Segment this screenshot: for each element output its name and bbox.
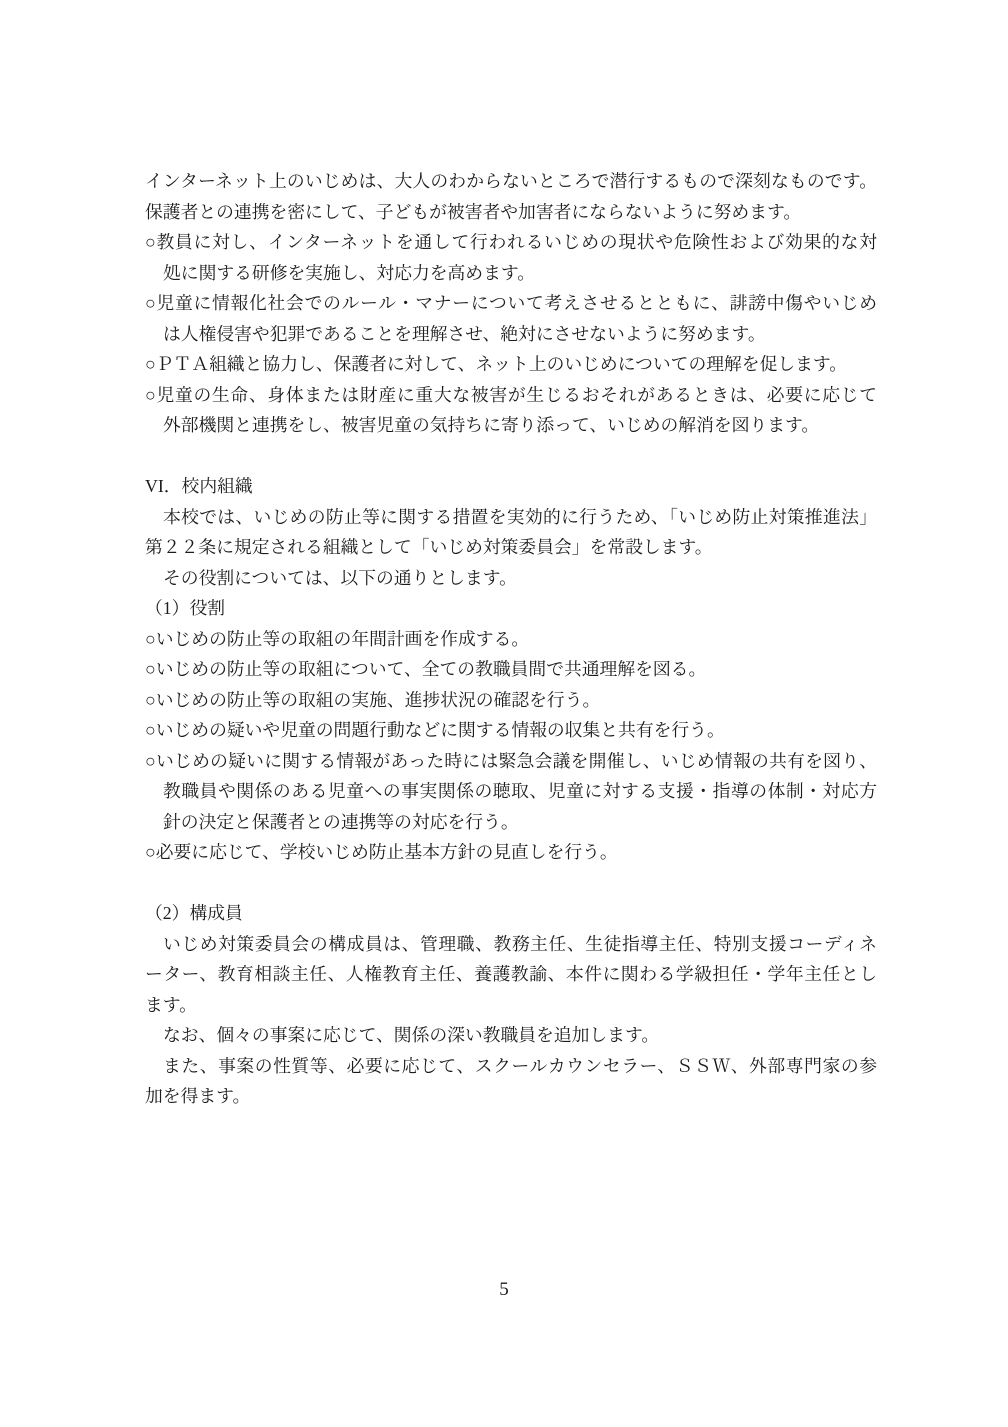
text-line: VI．校内組織 xyxy=(145,471,877,502)
text-line: 第２２条に規定される組織として「いじめ対策委員会」を常設します。 xyxy=(145,532,877,563)
text-line: ○いじめの防止等の取組の実施、進捗状況の確認を行う。 xyxy=(145,685,877,716)
text-line: その役割については、以下の通りとします。 xyxy=(145,563,877,594)
text-line: インターネット上のいじめは、大人のわからないところで潜行するもので深刻なものです… xyxy=(145,166,877,197)
text-line: ○いじめの防止等の取組の年間計画を作成する。 xyxy=(145,624,877,655)
text-line: 保護者との連携を密にして、子どもが被害者や加害者にならないように努めます。 xyxy=(145,197,877,228)
text-line: ○児童の生命、身体または財産に重大な被害が生じるおそれがあるときは、必要に応じて xyxy=(145,380,877,411)
document-body: インターネット上のいじめは、大人のわからないところで潜行するもので深刻なものです… xyxy=(145,166,877,1112)
page-number: 5 xyxy=(0,1276,1008,1304)
document-page: インターネット上のいじめは、大人のわからないところで潜行するもので深刻なものです… xyxy=(0,0,1008,1427)
text-line: なお、個々の事案に応じて、関係の深い教職員を追加します。 xyxy=(145,1020,877,1051)
text-line: 本校では、いじめの防止等に関する措置を実効的に行うため、「いじめ防止対策推進法」 xyxy=(145,502,877,533)
text-line: ○必要に応じて、学校いじめ防止基本方針の見直しを行う。 xyxy=(145,837,877,868)
text-line: いじめ対策委員会の構成員は、管理職、教務主任、生徒指導主任、特別支援コーディネ xyxy=(145,929,877,960)
text-line: 針の決定と保護者との連携等の対応を行う。 xyxy=(145,807,877,838)
text-line xyxy=(145,868,877,899)
text-line: （1）役割 xyxy=(145,593,877,624)
text-line: ○教員に対し、インターネットを通して行われるいじめの現状や危険性および効果的な対 xyxy=(145,227,877,258)
text-line: 処に関する研修を実施し、対応力を高めます。 xyxy=(145,258,877,289)
text-line xyxy=(145,441,877,472)
text-line: 教職員や関係のある児童への事実関係の聴取、児童に対する支援・指導の体制・対応方 xyxy=(145,776,877,807)
text-line: は人権侵害や犯罪であることを理解させ、絶対にさせないように努めます。 xyxy=(145,319,877,350)
text-line: ○いじめの疑いに関する情報があった時には緊急会議を開催し、いじめ情報の共有を図り… xyxy=(145,746,877,777)
text-line: ーター、教育相談主任、人権教育主任、養護教諭、本件に関わる学級担任・学年主任とし xyxy=(145,959,877,990)
text-line: ○ＰＴＡ組織と協力し、保護者に対して、ネット上のいじめについての理解を促します。 xyxy=(145,349,877,380)
text-line: 加を得ます。 xyxy=(145,1081,877,1112)
text-line: ます。 xyxy=(145,990,877,1021)
text-line: ○児童に情報化社会でのルール・マナーについて考えさせるとともに、誹謗中傷やいじめ xyxy=(145,288,877,319)
text-line: ○いじめの疑いや児童の問題行動などに関する情報の収集と共有を行う。 xyxy=(145,715,877,746)
text-line: （2）構成員 xyxy=(145,898,877,929)
text-line: 外部機関と連携をし、被害児童の気持ちに寄り添って、いじめの解消を図ります。 xyxy=(145,410,877,441)
text-line: ○いじめの防止等の取組について、全ての教職員間で共通理解を図る。 xyxy=(145,654,877,685)
text-line: また、事案の性質等、必要に応じて、スクールカウンセラー、ＳＳＷ、外部専門家の参 xyxy=(145,1051,877,1082)
